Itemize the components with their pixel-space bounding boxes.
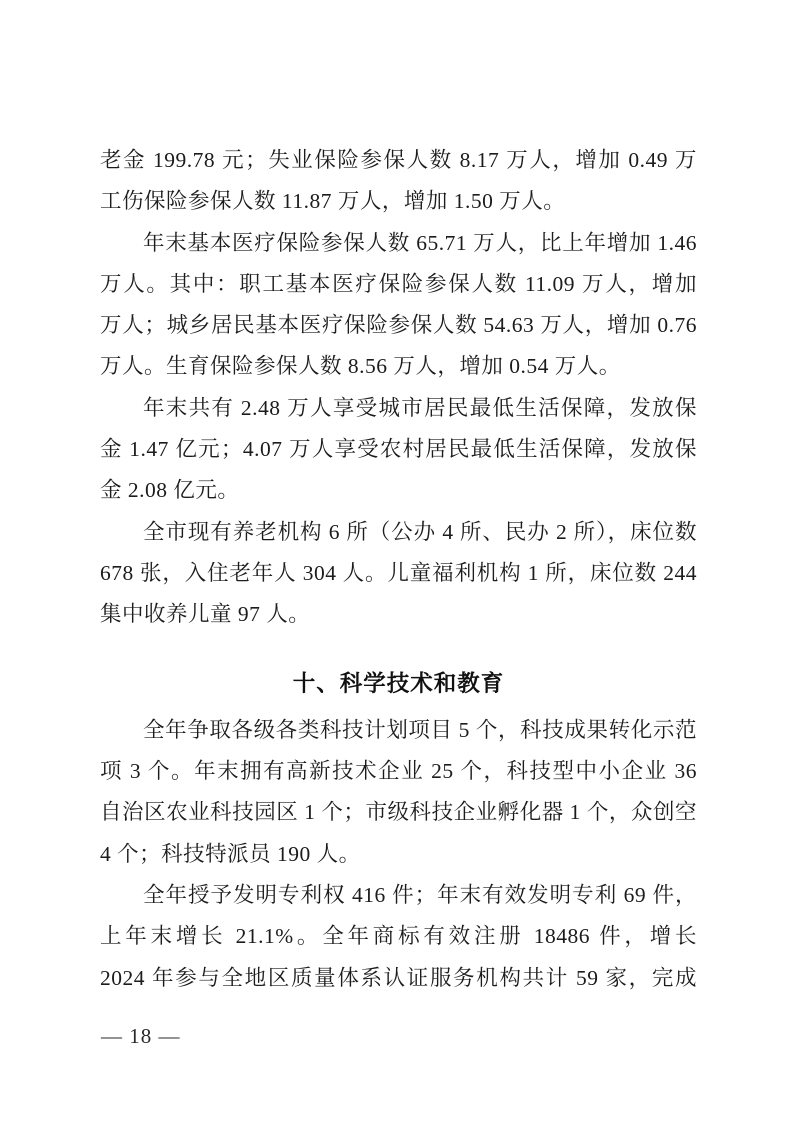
text-line: 年末基本医疗保险参保人数 65.71 万人，比上年增加 1.46 — [100, 223, 697, 264]
text-line: 金 2.08 亿元。 — [100, 470, 697, 511]
paragraph: 全年授予发明专利权 416 件；年末有效发明专利 69 件，比上年末增长 21.… — [100, 875, 697, 999]
text-line: 年末共有 2.48 万人享受城市居民最低生活保障，发放保障 — [100, 388, 697, 429]
text-line: 678 张，入住老年人 304 人。儿童福利机构 1 所，床位数 244 张， — [100, 553, 697, 594]
section-heading: 十、科学技术和教育 — [100, 663, 697, 704]
text-line: 全年争取各级各类科技计划项目 5 个，科技成果转化示范专 — [100, 710, 697, 751]
paragraph: 年末基本医疗保险参保人数 65.71 万人，比上年增加 1.46万人。其中：职工… — [100, 223, 697, 388]
paragraph: 老金 199.78 元；失业保险参保人数 8.17 万人，增加 0.49 万人；… — [100, 140, 697, 223]
text-line: 全市现有养老机构 6 所（公办 4 所、民办 2 所），床位数 — [100, 512, 697, 553]
text-line: 上年末增长 21.1%。全年商标有效注册 18486 件，增长 22.1%。 — [100, 916, 697, 957]
text-line: 万人；城乡居民基本医疗保险参保人数 54.63 万人，增加 0.76 — [100, 305, 697, 346]
text-line: 全年授予发明专利权 416 件；年末有效发明专利 69 件，比 — [100, 875, 697, 916]
page-number: — 18 — — [101, 1024, 181, 1048]
paragraph: 年末共有 2.48 万人享受城市居民最低生活保障，发放保障金 1.47 亿元；4… — [100, 388, 697, 512]
text-line: 万人。生育保险参保人数 8.56 万人，增加 0.54 万人。 — [100, 346, 697, 387]
text-line: 工伤保险参保人数 11.87 万人，增加 1.50 万人。 — [100, 181, 697, 222]
text-line: 4 个；科技特派员 190 人。 — [100, 834, 697, 875]
document-page: 老金 199.78 元；失业保险参保人数 8.17 万人，增加 0.49 万人；… — [0, 0, 793, 1122]
text-line: 金 1.47 亿元；4.07 万人享受农村居民最低生活保障，发放保障 — [100, 429, 697, 470]
text-line: 集中收养儿童 97 人。 — [100, 594, 697, 635]
document-body: 老金 199.78 元；失业保险参保人数 8.17 万人，增加 0.49 万人；… — [100, 140, 697, 999]
paragraph: 全年争取各级各类科技计划项目 5 个，科技成果转化示范专项 3 个。年末拥有高新… — [100, 710, 697, 875]
text-line: 老金 199.78 元；失业保险参保人数 8.17 万人，增加 0.49 万人； — [100, 140, 697, 181]
text-line: 自治区农业科技园区 1 个；市级科技企业孵化器 1 个，众创空间 — [100, 792, 697, 833]
paragraph: 全市现有养老机构 6 所（公办 4 所、民办 2 所），床位数678 张，入住老… — [100, 512, 697, 636]
text-line: 项 3 个。年末拥有高新技术企业 25 个，科技型中小企业 36 个； — [100, 751, 697, 792]
text-line: 2024 年参与全地区质量体系认证服务机构共计 59 家，完成 158 — [100, 958, 697, 999]
text-line: 万人。其中：职工基本医疗保险参保人数 11.09 万人，增加 0.70 — [100, 264, 697, 305]
